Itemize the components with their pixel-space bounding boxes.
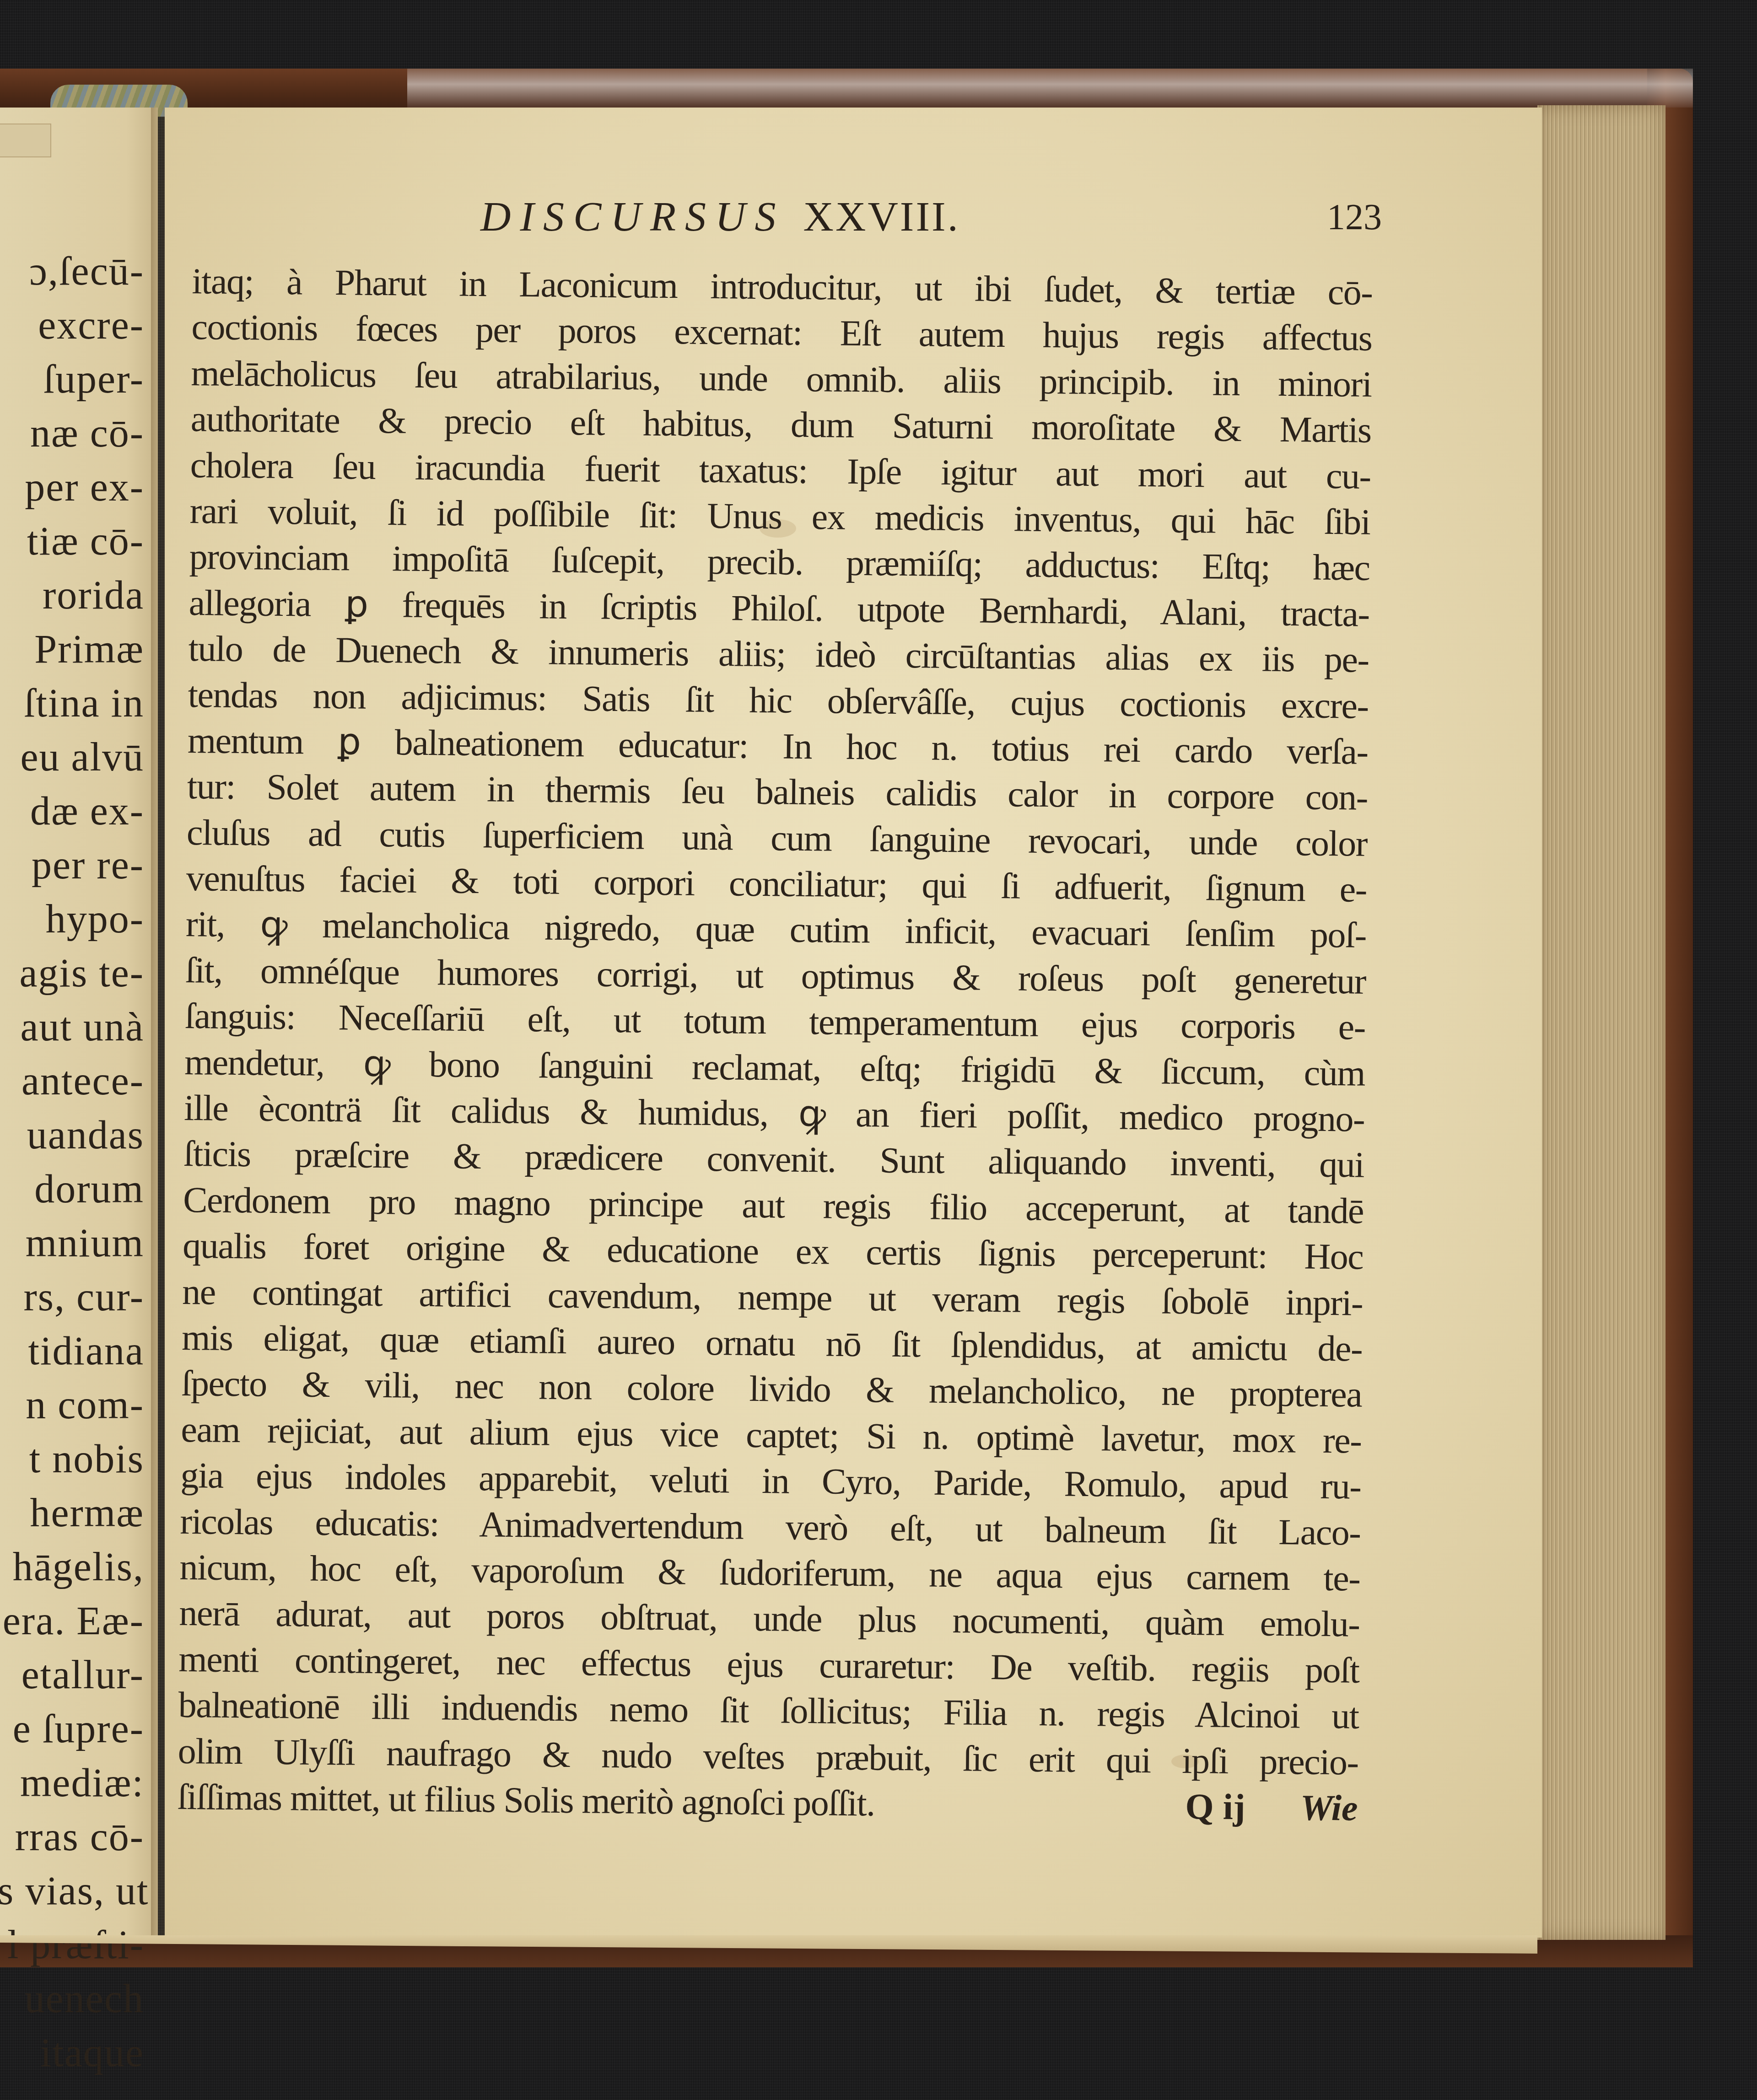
discursus-number: XXVIII. — [803, 193, 960, 240]
protective-tape — [407, 69, 1693, 108]
left-page-line-fragment: per re- — [0, 839, 144, 893]
body-lines: itaq; à Pharut in Laconicum introducitur… — [178, 258, 1373, 1786]
left-page-line-fragment: rorida — [0, 569, 144, 623]
signature-mark: Q ij — [1185, 1784, 1245, 1831]
left-page-line-fragment: excre- — [0, 299, 144, 353]
left-page-line-fragment: era. Eæ- — [0, 1594, 144, 1648]
left-page-line-fragment: hermæ — [0, 1486, 144, 1540]
left-page-line-fragment: e ſupre- — [0, 1702, 144, 1756]
left-page-line-fragment: agis te- — [0, 947, 144, 1001]
left-page: ɔ,ſecū-excre-ſuper-næ cō-per ex-tiæ cō-r… — [0, 108, 158, 1942]
left-page-line-fragment: mnium — [0, 1217, 144, 1271]
left-page-line-fragment: hāgelis, — [0, 1540, 144, 1594]
left-page-line-fragment: mediæ: — [0, 1756, 144, 1810]
left-page-line-fragment: per ex- — [0, 461, 144, 515]
left-page-line-fragment: uandas — [0, 1109, 144, 1163]
left-page-line-fragment: aut unà — [0, 1001, 144, 1055]
last-text-line: ſiſſimas mittet, ut filius Solis meritò … — [177, 1774, 875, 1827]
left-page-line-fragment: ɔ,ſecū- — [0, 245, 144, 299]
fore-edge-pages — [1537, 105, 1665, 1940]
left-page-line-fragment: l præſti- — [0, 1918, 144, 1972]
discursus-label: DISCURSUS — [480, 193, 785, 240]
running-head: DISCURSUSXXVIII. 123 — [480, 192, 1350, 247]
left-page-line-fragment: ſuper- — [0, 353, 144, 407]
left-page-line-fragment: ſtina in — [0, 677, 144, 731]
left-page-line-fragment: tidiana — [0, 1325, 144, 1378]
left-page-line-fragment: t nobis — [0, 1432, 144, 1486]
running-head-title: DISCURSUSXXVIII. — [480, 192, 960, 241]
left-page-line-fragment: dorum — [0, 1163, 144, 1217]
left-page-line-fragment: eu alvū — [0, 731, 144, 785]
left-page-line-fragment: itaque — [0, 2026, 144, 2080]
left-page-line-fragment: etallur- — [0, 1648, 144, 1702]
left-page-line-fragment: næ cō- — [0, 407, 144, 461]
left-page-line-fragment: rras cō- — [0, 1810, 144, 1864]
catchword-group: Q ij Wie — [1144, 1783, 1358, 1831]
paper-flap — [0, 124, 51, 157]
left-page-line-fragment: tiæ cō- — [0, 515, 144, 569]
left-page-line-fragment: uenech — [0, 1972, 144, 2026]
page-number: 123 — [1327, 197, 1382, 238]
left-page-line-fragment: antece- — [0, 1055, 144, 1109]
left-page-line-fragment: hypo- — [0, 893, 144, 947]
left-page-line-fragment: s vias, ut — [0, 1864, 144, 1918]
body-text: itaq; à Pharut in Laconicum introducitur… — [177, 258, 1373, 1831]
left-page-line-fragment: n com- — [0, 1378, 144, 1432]
left-page-text-column: ɔ,ſecū-excre-ſuper-næ cō-per ex-tiæ cō-r… — [0, 245, 144, 2080]
left-page-line-fragment: Primæ — [0, 623, 144, 677]
catchword: Wie — [1300, 1785, 1358, 1831]
left-page-line-fragment: rs, cur- — [0, 1271, 144, 1325]
left-page-line-fragment: dæ ex- — [0, 785, 144, 839]
